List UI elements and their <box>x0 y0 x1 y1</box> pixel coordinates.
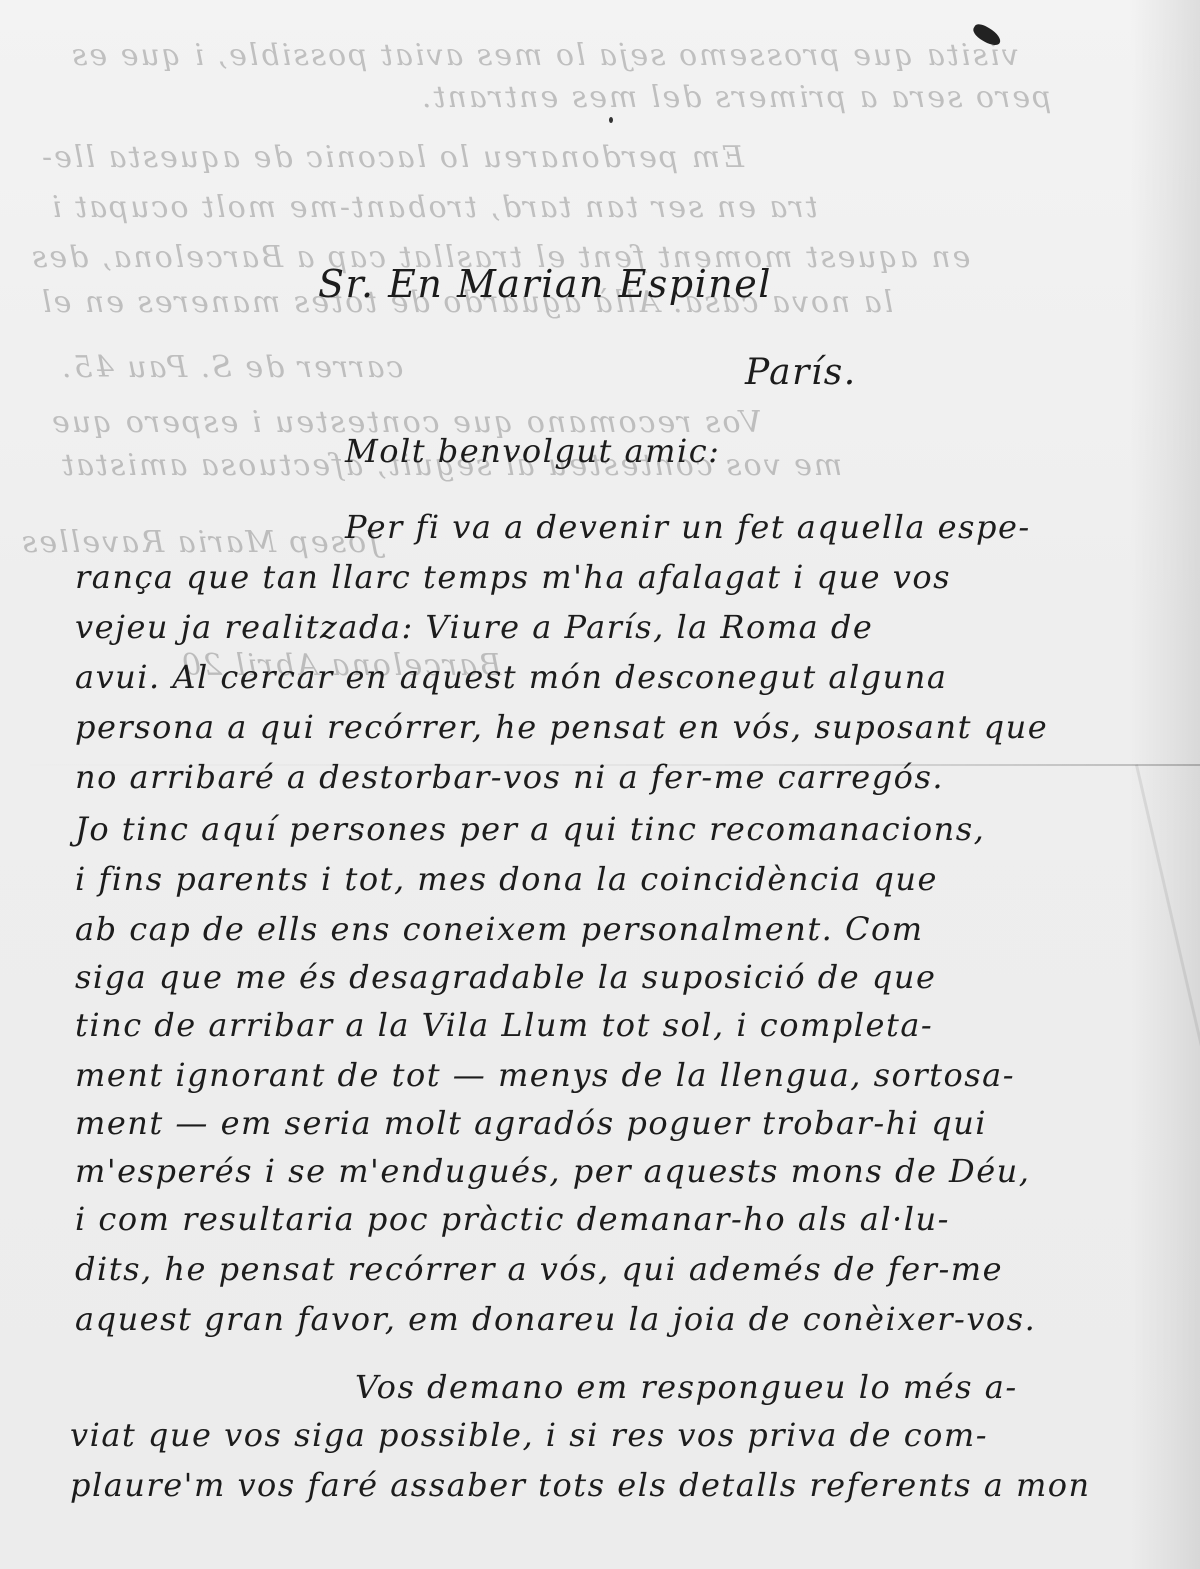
body-line: ment ignorant de tot — menys de la lleng… <box>75 1056 1015 1094</box>
body-line: aquest gran favor, em donareu la joia de… <box>75 1300 1036 1338</box>
bleed-through-line: Josep Maria Ravelles <box>20 525 380 560</box>
letter-page: visita que prossemo seja lo mes aviat po… <box>0 0 1200 1569</box>
body-line: i com resultaria poc pràctic demanar-ho … <box>75 1200 950 1238</box>
body-line: i fins parents i tot, mes dona la coinci… <box>75 860 938 898</box>
bleed-through-line: carrer de S. Pau 45. <box>60 350 403 385</box>
body-line: m'esperés i se m'endugués, per aquests m… <box>75 1152 1030 1190</box>
ink-dot <box>609 117 613 123</box>
bleed-through-line: pero sera a primers del mes entrant. <box>420 80 1051 115</box>
body-line: ment — em seria molt agradós poguer trob… <box>75 1104 987 1142</box>
body-line: persona a qui recórrer, he pensat en vós… <box>75 708 1048 746</box>
body-line: tinc de arribar a la Vila Llum tot sol, … <box>75 1006 933 1044</box>
addressee-city: París. <box>745 352 857 393</box>
bleed-through-line: tra en ser tan tard, trobant-me molt ocu… <box>50 190 818 225</box>
salutation: Molt benvolgut amic: <box>345 432 720 470</box>
body-line: avui. Al cercar en aquest món desconegut… <box>75 658 947 696</box>
addressee-name: Sr. En Marian Espinel <box>318 262 772 306</box>
body-line: Jo tinc aquí persones per a qui tinc rec… <box>75 810 985 848</box>
body-line: viat que vos siga possible, i si res vos… <box>70 1416 988 1454</box>
body-line: rança que tan llarc temps m'ha afalagat … <box>75 558 951 596</box>
body-line: no arribaré a destorbar-vos ni a fer-me … <box>75 758 944 796</box>
body-line: dits, he pensat recórrer a vós, qui adem… <box>75 1250 1003 1288</box>
body-line: siga que me és desagradable la suposició… <box>75 958 936 996</box>
body-line: plaure'm vos faré assaber tots els detal… <box>70 1466 1091 1504</box>
bleed-through-line: Em perdonareu lo laconic de aquesta lle- <box>40 140 744 175</box>
body-line: ab cap de ells ens coneixem personalment… <box>75 910 924 948</box>
body-line: vejeu ja realitzada: Viure a París, la R… <box>75 608 873 646</box>
body-line: Vos demano em respongueu lo més a- <box>355 1368 1018 1406</box>
body-line: Per fi va a devenir un fet aquella espe- <box>345 508 1031 546</box>
bleed-through-line: visita que prossemo seja lo mes aviat po… <box>70 38 1019 73</box>
